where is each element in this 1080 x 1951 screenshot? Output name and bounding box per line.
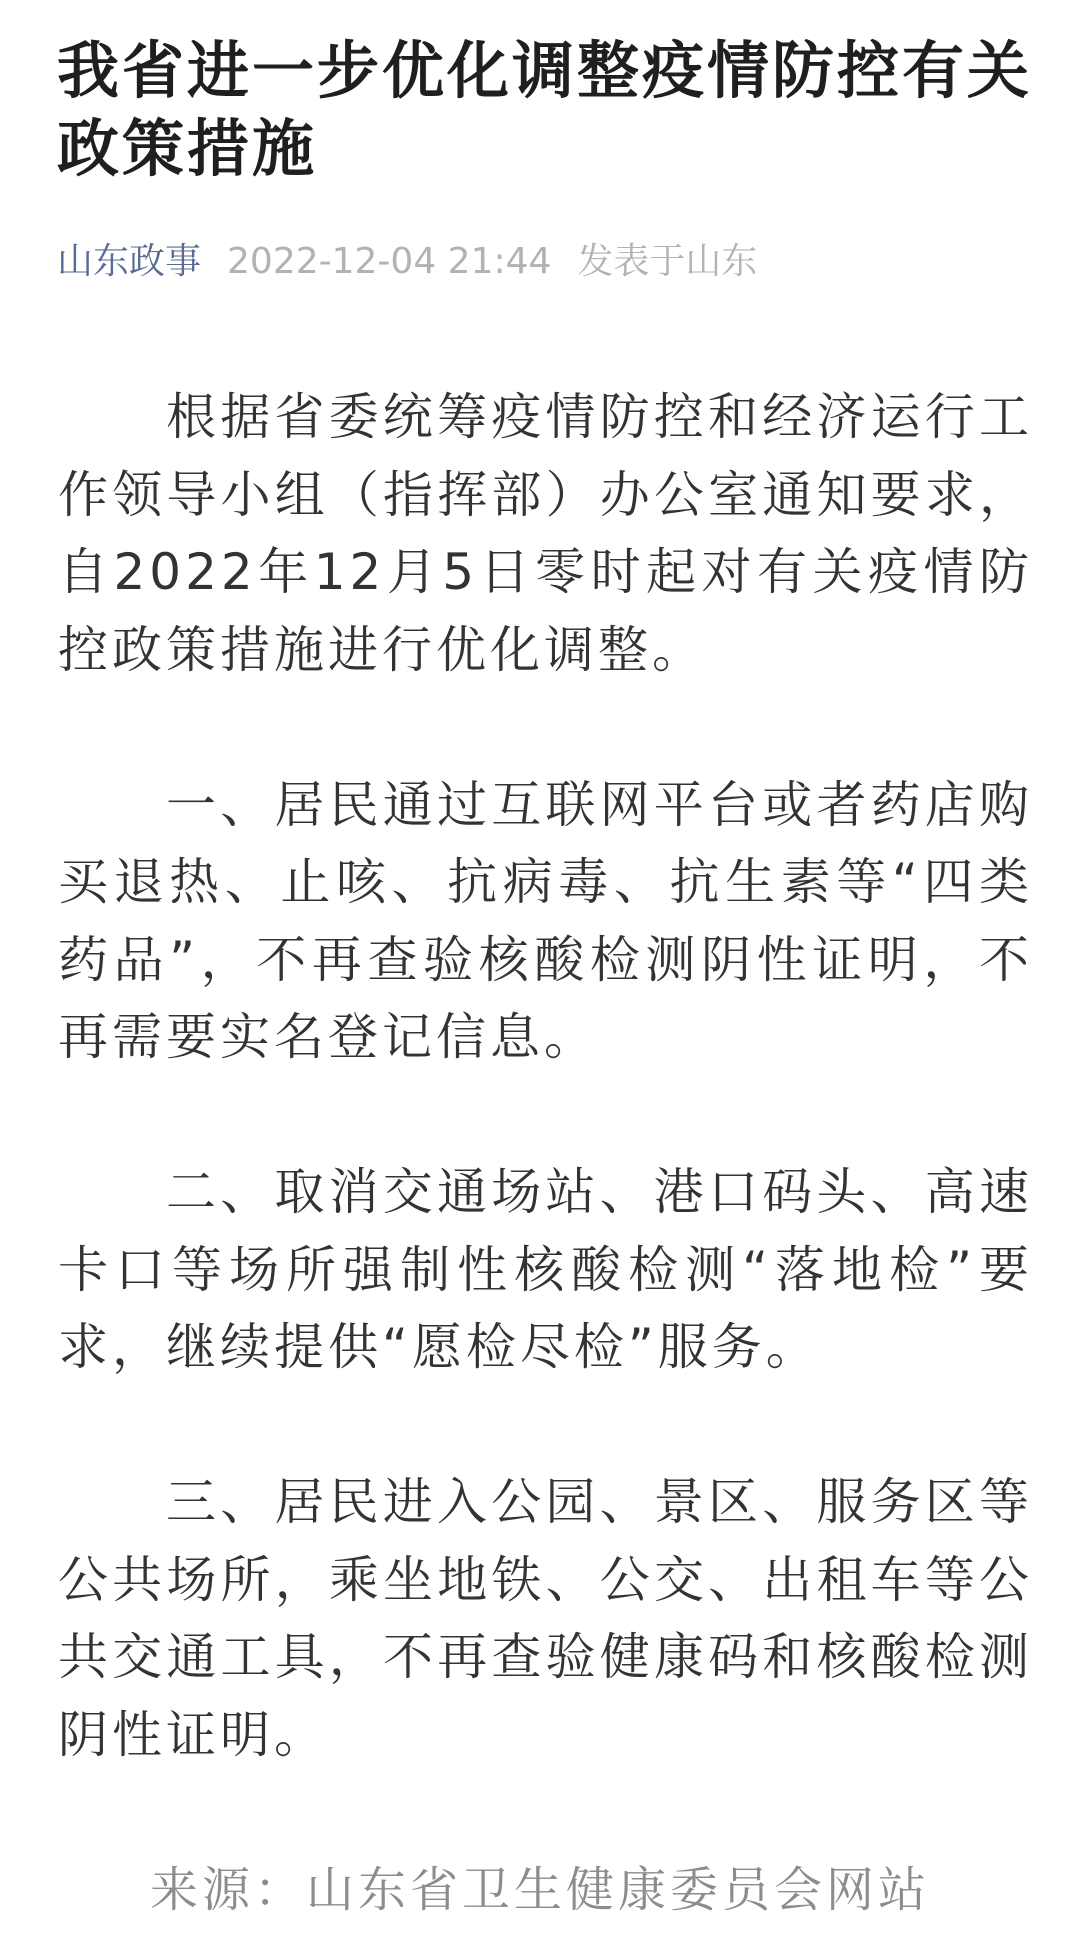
paragraph-item-1: 一、居民通过互联网平台或者药店购买退热、止咳、抗病毒、抗生素等“四类药品”，不再… bbox=[58, 767, 1033, 1077]
paragraph-intro: 根据省委统筹疫情防控和经济运行工作领导小组（指挥部）办公室通知要求，自2022年… bbox=[58, 379, 1033, 689]
article-body: 根据省委统筹疫情防控和经济运行工作领导小组（指挥部）办公室通知要求，自2022年… bbox=[58, 379, 1033, 1852]
article-meta: 山东政事2022-12-04 21:44发表于山东 bbox=[57, 238, 757, 286]
paragraph-item-3: 三、居民进入公园、景区、服务区等公共场所，乘坐地铁、公交、出租车等公共交通工具，… bbox=[58, 1464, 1033, 1774]
article-source: 来源：山东省卫生健康委员会网站 bbox=[0, 1852, 1080, 1929]
article-title: 我省进一步优化调整疫情防控有关政策措施 bbox=[57, 32, 1037, 188]
publish-datetime: 2022-12-04 21:44 bbox=[227, 241, 551, 282]
paragraph-item-2: 二、取消交通场站、港口码头、高速卡口等场所强制性核酸检测“落地检”要求，继续提供… bbox=[58, 1154, 1033, 1387]
account-name-link[interactable]: 山东政事 bbox=[57, 241, 201, 282]
publish-location: 发表于山东 bbox=[577, 241, 757, 282]
